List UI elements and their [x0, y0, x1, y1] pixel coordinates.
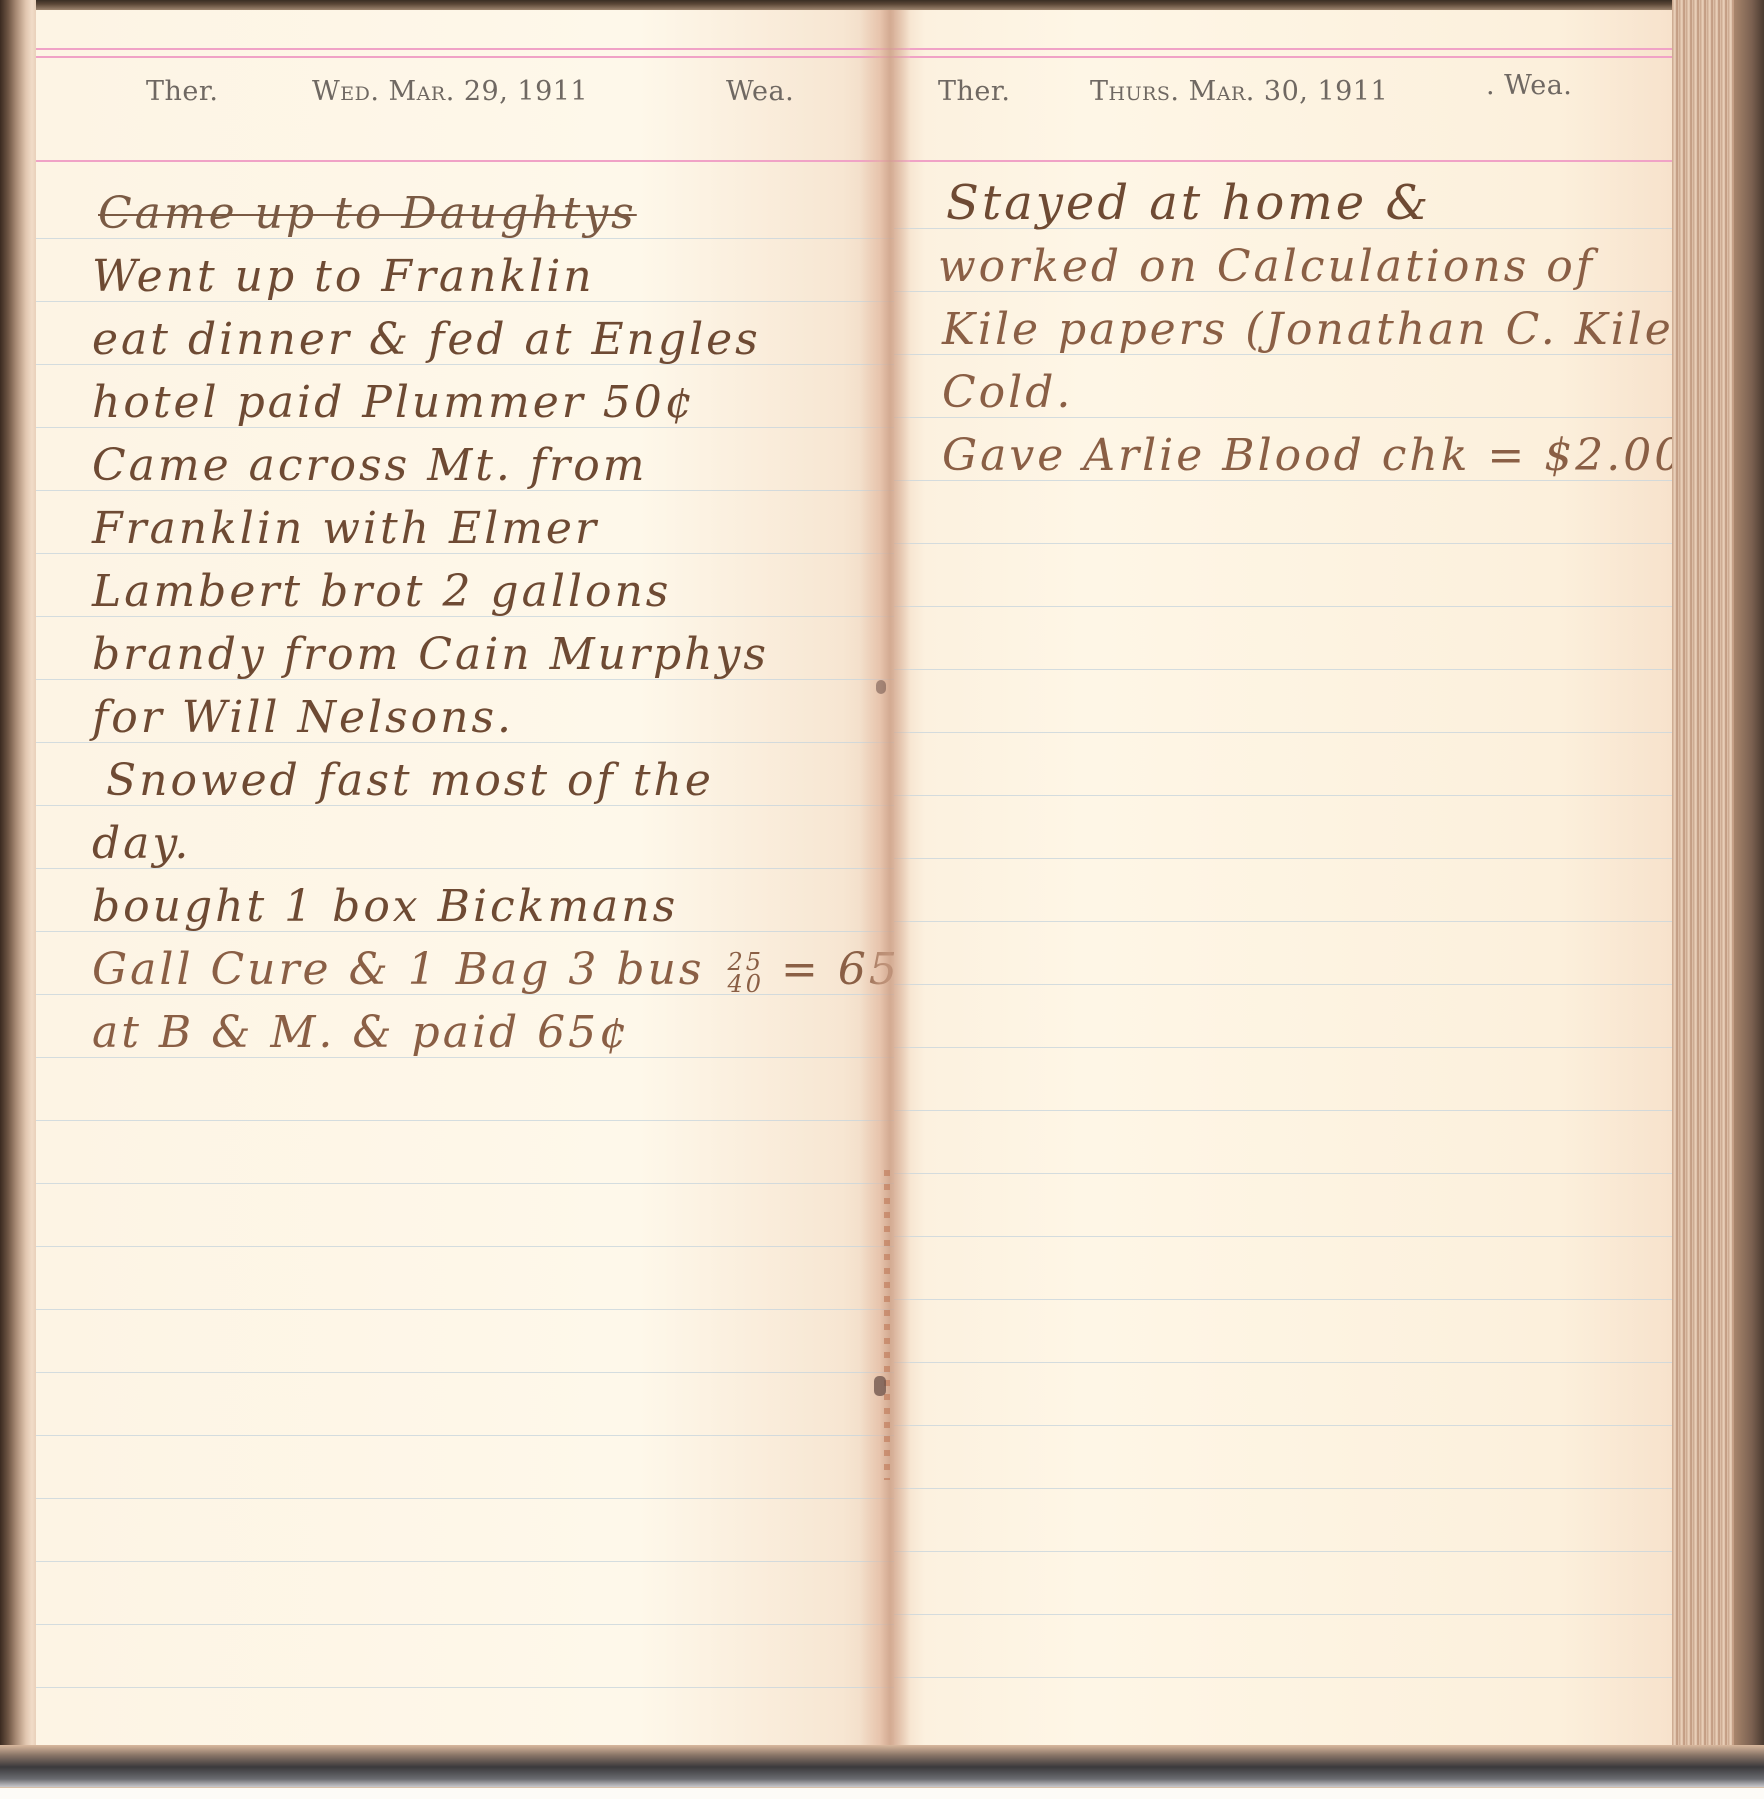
ruled-line	[36, 1183, 894, 1184]
ruled-line	[894, 1488, 1672, 1489]
entry-line: Stayed at home &	[946, 172, 1431, 235]
entry-line: Gall Cure & 1 Bag 3 bus 25 40 = 65	[92, 938, 894, 1001]
ruled-line	[894, 1425, 1672, 1426]
entry-line: Snowed fast most of the	[106, 749, 714, 812]
ruled-line	[894, 795, 1672, 796]
ruled-line	[894, 984, 1672, 985]
header-rule-bottom	[894, 160, 1672, 162]
entry-line: Gave Arlie Blood chk = $2.00	[942, 424, 1672, 487]
entry-line: Franklin with Elmer	[92, 497, 599, 560]
ruled-line	[894, 1614, 1672, 1615]
binding-stitch	[884, 1170, 890, 1480]
ruled-line	[36, 1309, 894, 1310]
ruled-line	[894, 606, 1672, 607]
struck-text: Came up to Daughtys	[98, 188, 637, 239]
ther-label: Ther.	[938, 76, 1010, 107]
page-date: Wed. Mar. 29, 1911	[312, 76, 588, 107]
ruled-line	[894, 1677, 1672, 1678]
right-page-header: Ther. Thurs. Mar. 30, 1911 . Wea.	[894, 76, 1672, 116]
entry-line: Came up to Daughtys	[98, 182, 637, 245]
binding-knot	[876, 680, 886, 694]
ruled-line	[36, 1687, 894, 1688]
entry-line: Lambert brot 2 gallons	[92, 560, 671, 623]
left-page-header: Ther. Wed. Mar. 29, 1911 Wea.	[36, 76, 894, 116]
entry-line: day.	[92, 812, 191, 875]
entry-line: Went up to Franklin	[92, 245, 595, 308]
header-rule-top	[894, 48, 1672, 50]
wea-label: . Wea.	[1486, 70, 1572, 101]
ruled-line	[36, 1372, 894, 1373]
right-page: Ther. Thurs. Mar. 30, 1911 . Wea. Stayed…	[894, 10, 1672, 1748]
ruled-line	[894, 1047, 1672, 1048]
ther-label: Ther.	[146, 76, 218, 107]
date-weekday: Wed.	[312, 76, 379, 107]
header-rule-bottom	[36, 160, 894, 162]
header-rule-top-double	[894, 56, 1672, 58]
ruled-line	[894, 669, 1672, 670]
ruled-line	[36, 1435, 894, 1436]
page-date: Thurs. Mar. 30, 1911	[1090, 76, 1388, 107]
book-bottom-edge	[0, 1745, 1764, 1787]
left-page: Ther. Wed. Mar. 29, 1911 Wea. Came up to…	[36, 10, 894, 1748]
entry-line: worked on Calculations of	[938, 235, 1595, 298]
ruled-line	[894, 1236, 1672, 1237]
book-page-edges	[1672, 0, 1764, 1760]
fraction: 25 40	[728, 951, 765, 995]
entry-text: Gall Cure & 1 Bag 3 bus	[92, 944, 705, 995]
binding-knot	[874, 1376, 886, 1396]
date-month-year: Mar. 30, 1911	[1189, 76, 1389, 107]
entry-line: eat dinner & fed at Engles	[92, 308, 761, 371]
entry-line: for Will Nelsons.	[92, 686, 514, 749]
book-left-edge	[0, 0, 36, 1760]
ruled-line	[894, 1551, 1672, 1552]
ruled-line	[894, 858, 1672, 859]
wea-label: Wea.	[726, 76, 794, 107]
entry-line: bought 1 box Bickmans	[92, 875, 678, 938]
ruled-line	[894, 1299, 1672, 1300]
entry-line: Cold.	[942, 361, 1073, 424]
book-gutter	[860, 10, 910, 1748]
entry-line: at B & M. & paid 65¢	[92, 1001, 630, 1064]
ruled-line	[894, 1362, 1672, 1363]
fraction-bottom: 40	[728, 973, 765, 995]
date-weekday: Thurs.	[1090, 76, 1180, 107]
diary-scan: Ther. Wed. Mar. 29, 1911 Wea. Came up to…	[0, 0, 1764, 1799]
ruled-line	[894, 1173, 1672, 1174]
ruled-line	[36, 1561, 894, 1562]
entry-line: hotel paid Plummer 50¢	[92, 371, 696, 434]
ruled-line	[894, 1110, 1672, 1111]
ruled-line	[36, 1498, 894, 1499]
ruled-line	[36, 1246, 894, 1247]
ruled-line	[894, 543, 1672, 544]
ruled-line	[894, 921, 1672, 922]
header-rule-top-double	[36, 56, 894, 58]
ruled-line	[36, 1120, 894, 1121]
header-rule-top	[36, 48, 894, 50]
ruled-line	[36, 1624, 894, 1625]
entry-line: brandy from Cain Murphys	[92, 623, 769, 686]
entry-line: Kile papers (Jonathan C. Kile)	[942, 298, 1672, 361]
ruled-line	[894, 732, 1672, 733]
entry-line: Came across Mt. from	[92, 434, 647, 497]
date-month-year: Mar. 29, 1911	[389, 76, 589, 107]
